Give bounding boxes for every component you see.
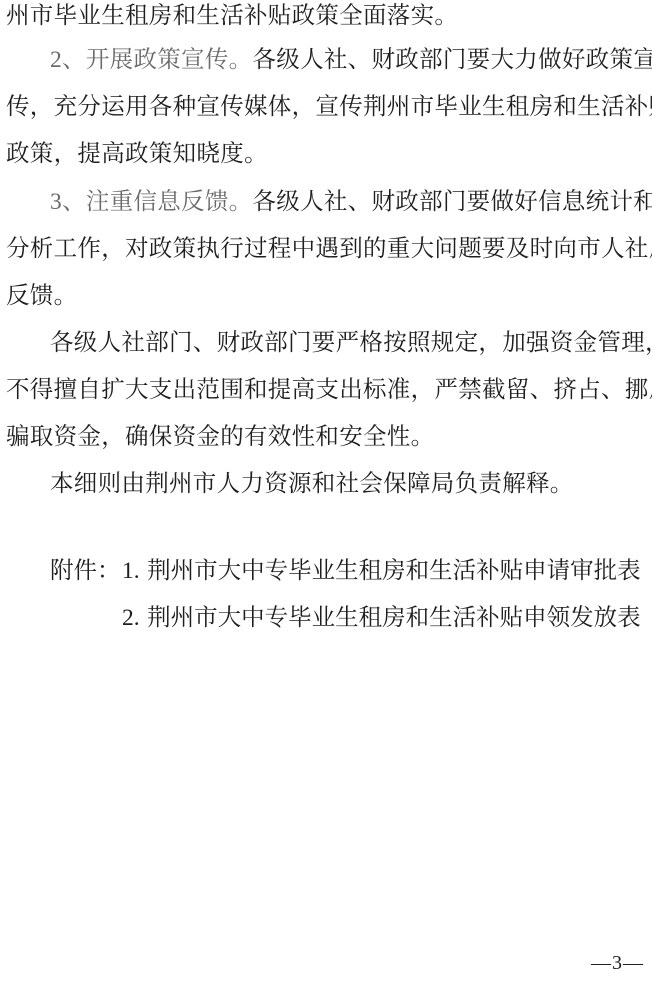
text-line: 反馈。 (6, 280, 77, 310)
text-line: 本细则由荆州市人力资源和社会保障局负责解释。 (50, 468, 574, 498)
section-heading: 注重信息反馈。 (86, 187, 253, 215)
page-number: —3— (591, 952, 644, 975)
section-3-first-line: 3、注重信息反馈。各级人社、财政部门要做好信息统计和 (50, 186, 652, 217)
text-line: 传，充分运用各种宣传媒体，宣传荆州市毕业生租房和生活补贴 (6, 91, 652, 121)
section-heading: 开展政策宣传。 (86, 45, 253, 73)
attachment-item: 1. 荆州市大中专毕业生租房和生活补贴申请审批表 (122, 555, 641, 586)
attachment-title: 荆州市大中专毕业生租房和生活补贴申领发放表 (147, 603, 641, 631)
text-line: 各级人社、财政部门要大力做好政策宣 (252, 45, 652, 73)
section-number: 2、 (50, 47, 86, 73)
text-line: 骗取资金，确保资金的有效性和安全性。 (6, 421, 434, 451)
section-2-first-line: 2、开展政策宣传。各级人社、财政部门要大力做好政策宣 (50, 44, 652, 75)
attachment-title: 荆州市大中专毕业生租房和生活补贴申请审批表 (147, 556, 641, 584)
text-line: 政策，提高政策知晓度。 (6, 138, 268, 168)
attachment-number: 1. (122, 558, 140, 584)
attachments-label: 附件： (50, 555, 121, 585)
text-line: 不得擅自扩大支出范围和提高支出标准，严禁截留、挤占、挪用、 (6, 374, 652, 404)
attachment-number: 2. (122, 605, 140, 631)
text-line: 各级人社部门、财政部门要严格按照规定，加强资金管理， (50, 327, 652, 357)
section-number: 3、 (50, 189, 86, 215)
text-line: 分析工作，对政策执行过程中遇到的重大问题要及时向市人社局 (6, 233, 652, 263)
attachment-item: 2. 荆州市大中专毕业生租房和生活补贴申领发放表 (122, 602, 641, 633)
text-line: 各级人社、财政部门要做好信息统计和 (252, 187, 652, 215)
text-line: 州市毕业生租房和生活补贴政策全面落实。 (6, 0, 458, 30)
